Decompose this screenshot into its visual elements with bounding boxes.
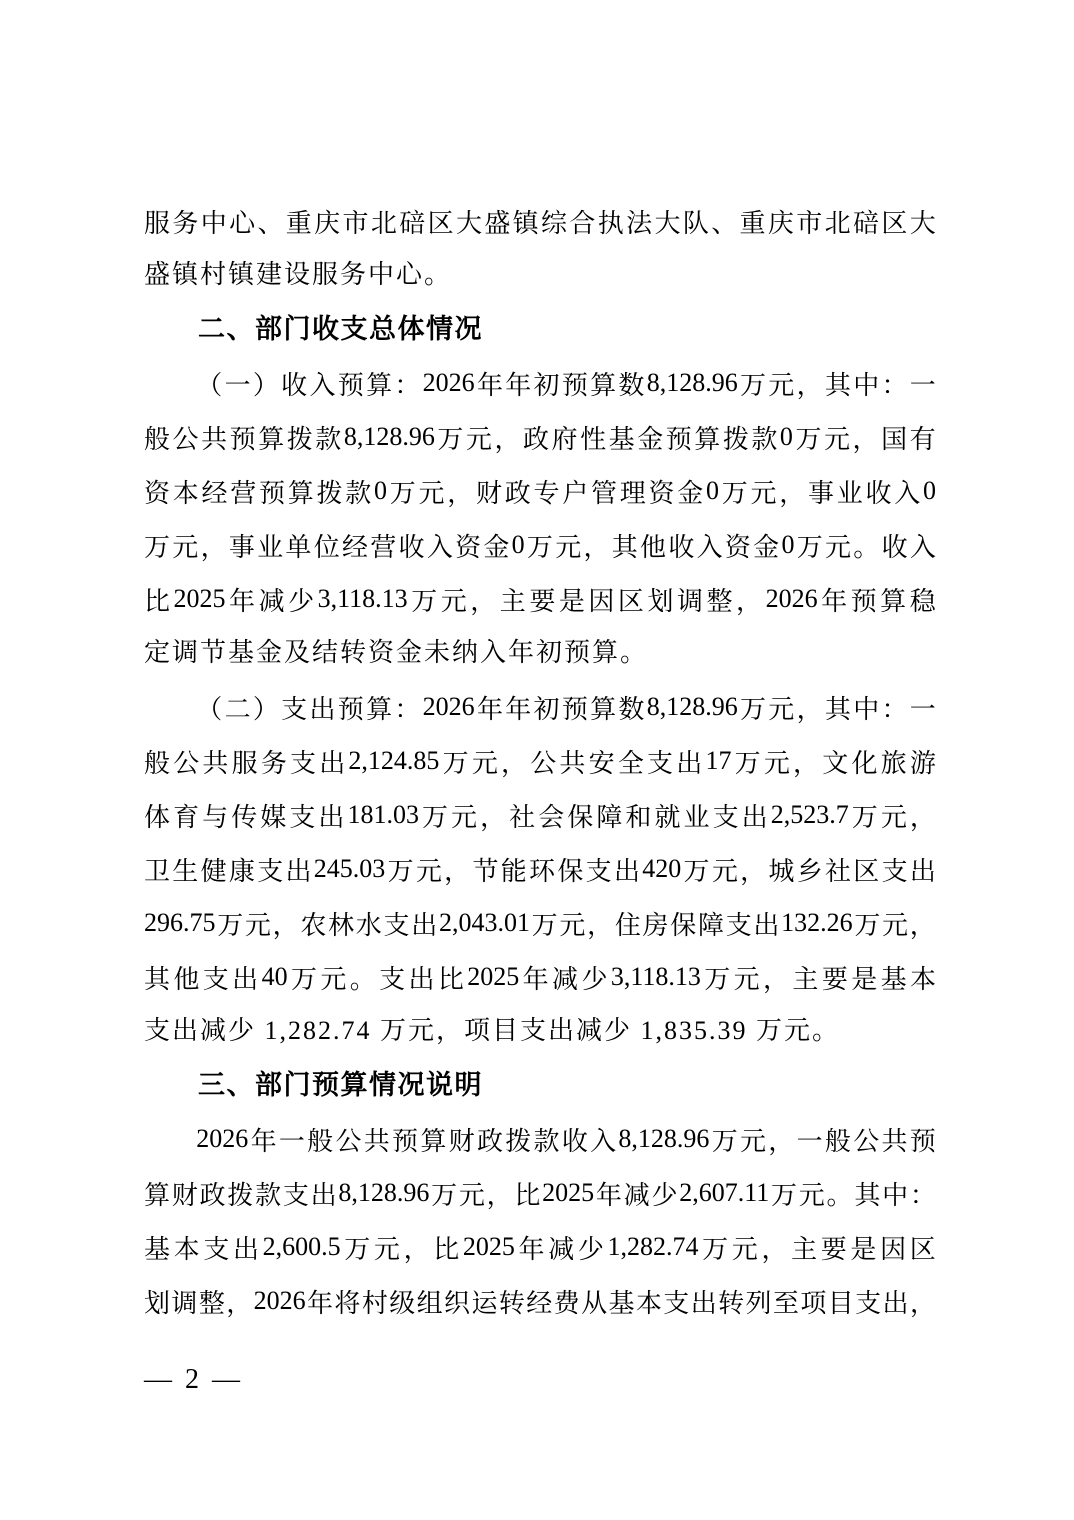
page-number: — 2 — [144,1356,243,1404]
body-text-line: 定调节基金及结转资金未纳入年初预算。 [144,626,936,680]
document-page: 服务中心、重庆市北碚区大盛镇综合执法大队、重庆市北碚区大 盛镇村镇建设服务中心。… [0,0,1074,1520]
body-text-line: 支出减少 1,282.74 万元，项目支出减少 1,835.39 万元。 [144,1004,936,1058]
body-text-line: 296.75万元，农林水支出2,043.01万元，住房保障支出132.26万元， [144,896,936,950]
body-text-line: 算财政拨款支出8,128.96万元，比2025年减少2,607.11万元。其中： [144,1166,936,1220]
body-text-line: 资本经营预算拨款0万元，财政专户管理资金0万元，事业收入0 [144,464,936,518]
body-text-line: 体育与传媒支出181.03万元，社会保障和就业支出2,523.7万元， [144,788,936,842]
section-3-heading: 三、部门预算情况说明 [144,1058,936,1112]
body-text-line: 比2025年减少3,118.13万元，主要是因区划调整，2026年预算稳 [144,572,936,626]
body-text-line: 万元，事业单位经营收入资金0万元，其他收入资金0万元。收入 [144,518,936,572]
body-text-line: 盛镇村镇建设服务中心。 [144,248,936,302]
body-text-line: 般公共服务支出2,124.85万元，公共安全支出17万元，文化旅游 [144,734,936,788]
body-text-line: 服务中心、重庆市北碚区大盛镇综合执法大队、重庆市北碚区大 [144,194,936,248]
body-text-line: 其他支出40万元。支出比2025年减少3,118.13万元，主要是基本 [144,950,936,1004]
body-text-line: 基本支出2,600.5万元，比2025年减少1,282.74万元，主要是因区 [144,1220,936,1274]
body-text-line: （一）收入预算：2026年年初预算数8,128.96万元，其中：一 [144,356,936,410]
section-2-heading: 二、部门收支总体情况 [144,302,936,356]
document-body: 服务中心、重庆市北碚区大盛镇综合执法大队、重庆市北碚区大 盛镇村镇建设服务中心。… [144,194,936,1328]
body-text-line: 卫生健康支出245.03万元，节能环保支出420万元，城乡社区支出 [144,842,936,896]
body-text-line: 般公共预算拨款8,128.96万元，政府性基金预算拨款0万元，国有 [144,410,936,464]
body-text-line: 2026年一般公共预算财政拨款收入8,128.96万元，一般公共预 [144,1112,936,1166]
body-text-line: 划调整，2026年将村级组织运转经费从基本支出转列至项目支出， [144,1274,936,1328]
body-text-line: （二）支出预算：2026年年初预算数8,128.96万元，其中：一 [144,680,936,734]
